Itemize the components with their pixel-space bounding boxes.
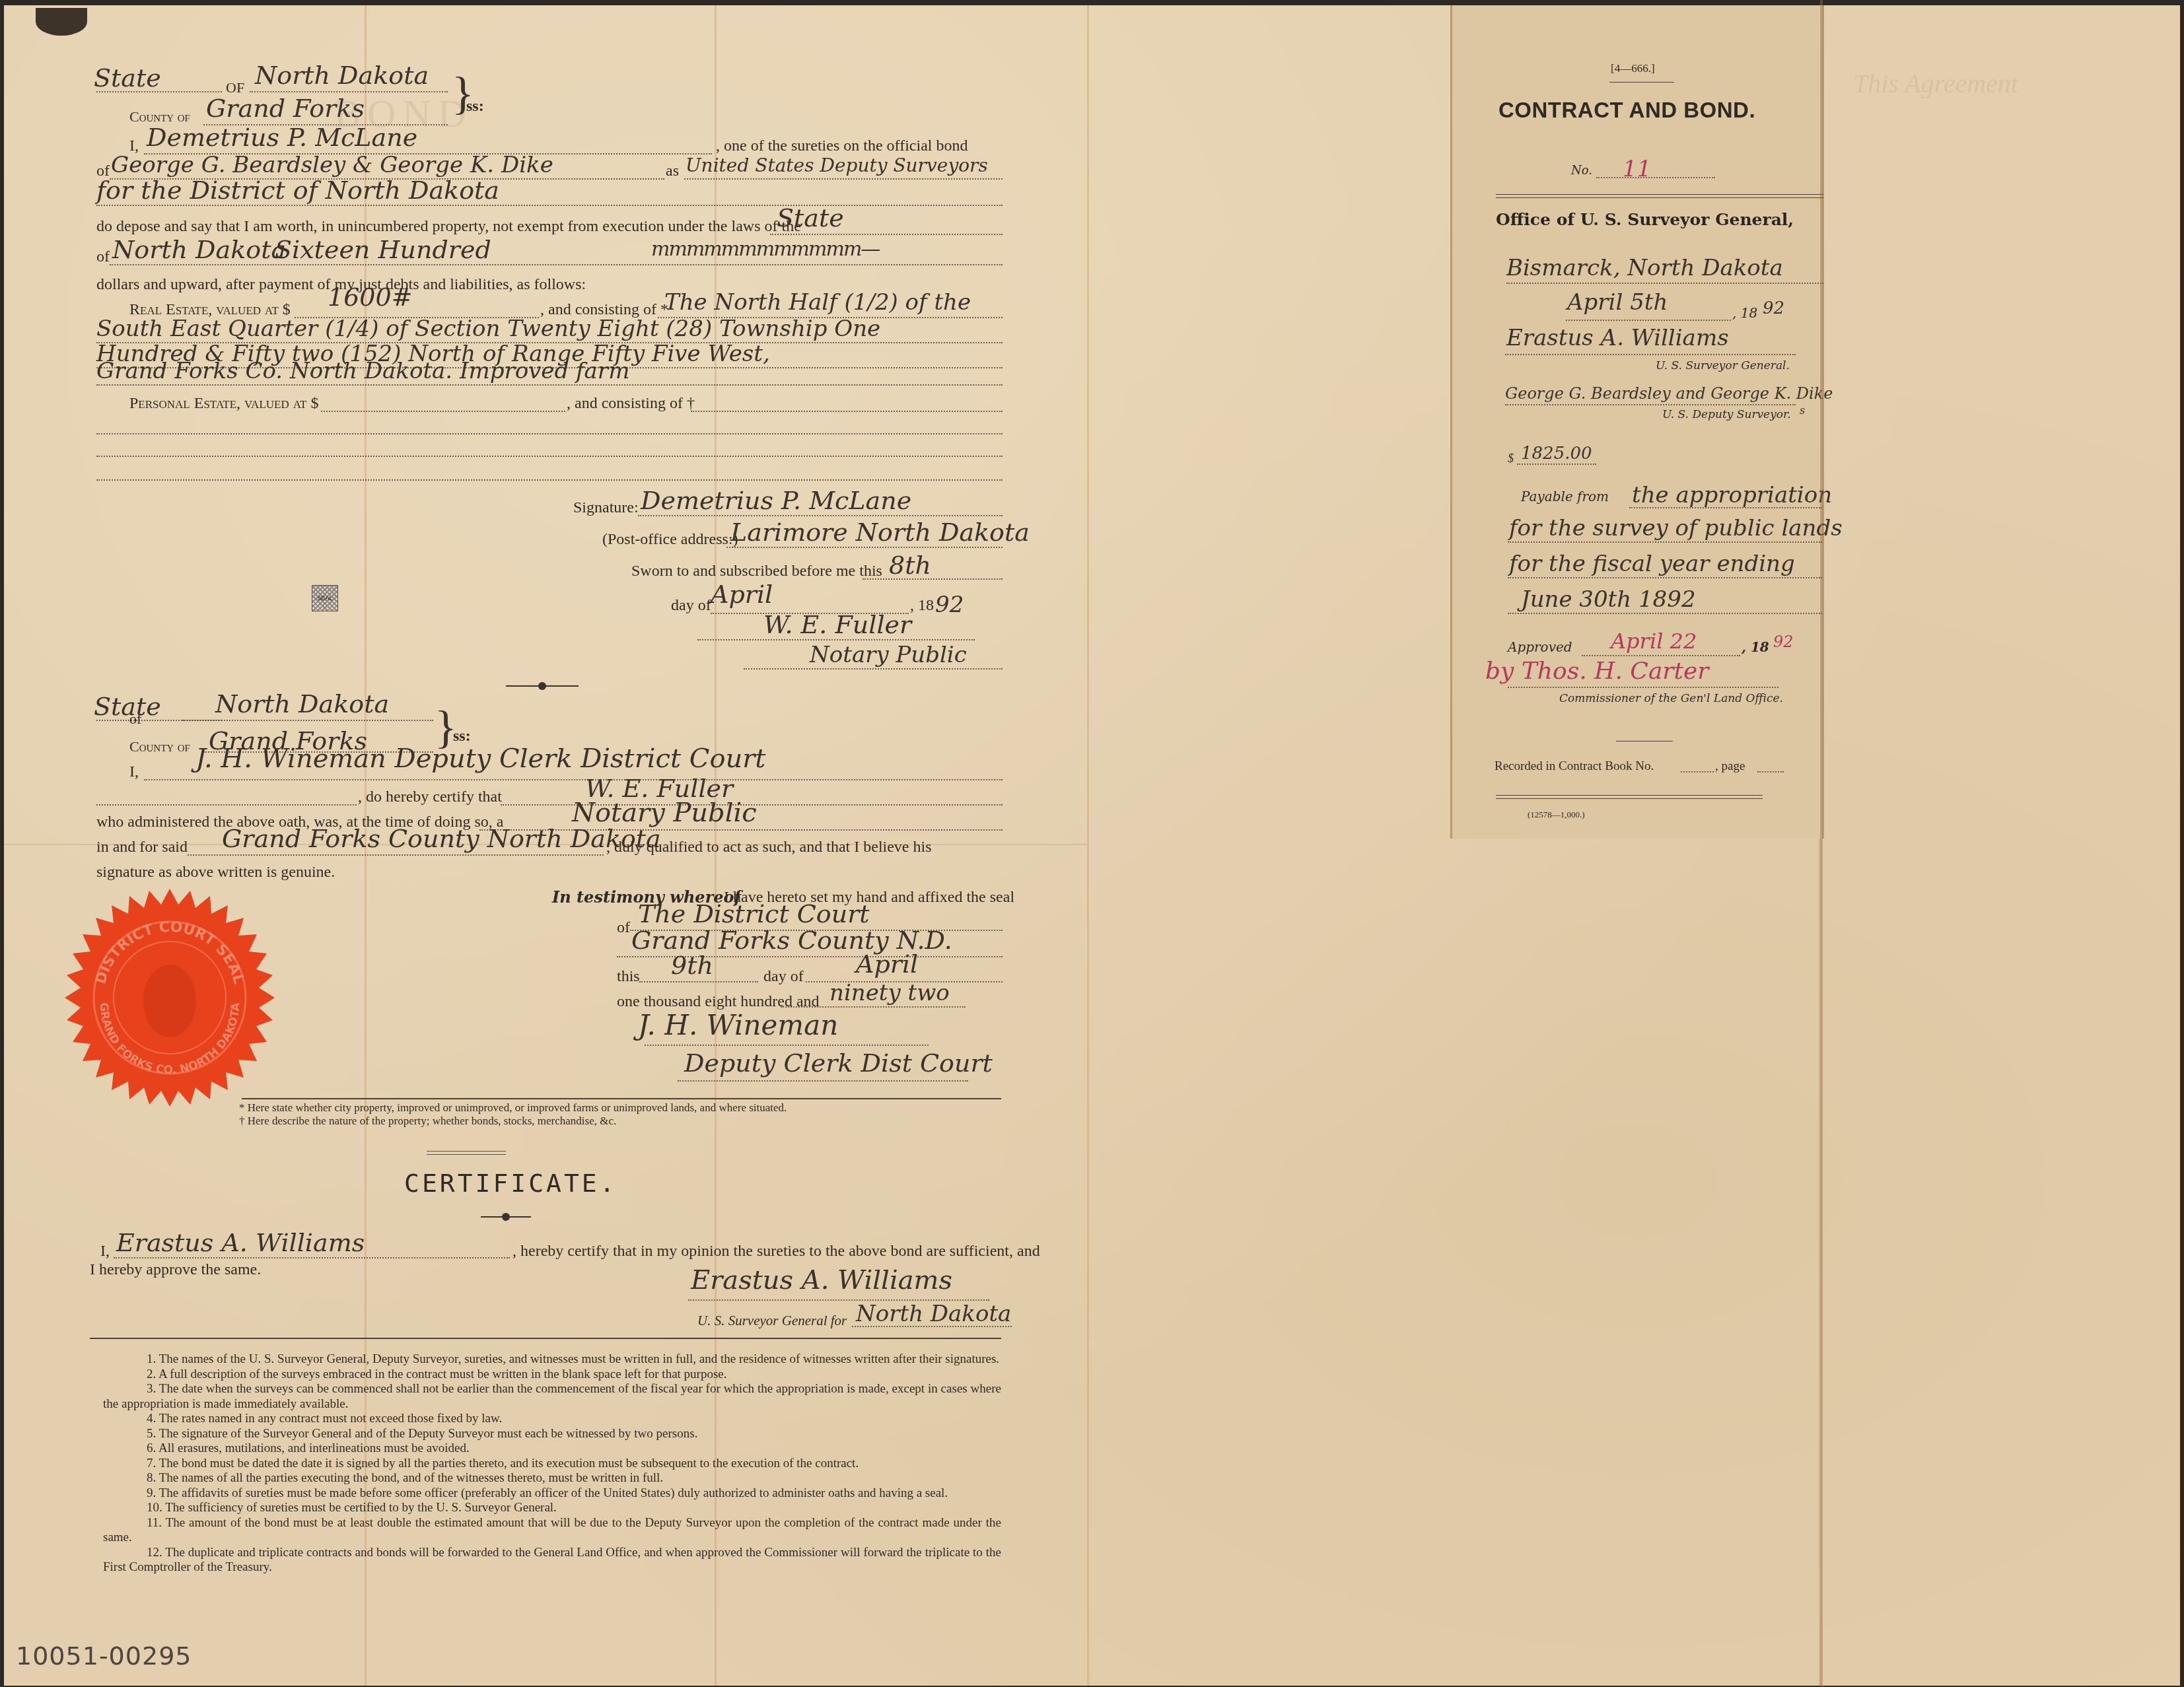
amount-prefix: $ [1508,452,1514,465]
capacity: United States Deputy Surveyors [686,155,988,176]
approved-label: Approved [1508,639,1572,655]
payable-label: Payable from [1521,489,1609,504]
cover-date: April 5th [1567,289,1668,316]
laws-state: North Dakota [112,235,286,264]
deputy-names: George G. Beardsley and George K. Dike [1505,384,1833,403]
instruction-item: 3. The date when the surveys can be comm… [103,1382,1001,1412]
double-rule [427,1151,506,1155]
of-label: of [129,710,141,728]
ss-label: ss: [453,728,471,745]
postoffice-label: (Post-office address:) [602,531,738,549]
real-estate-line-2: South East Quarter (1/4) of Section Twen… [96,316,880,342]
instruction-item: 8. The names of all the parties executin… [103,1471,1001,1486]
postoffice-address: Larimore North Dakota [730,518,1030,547]
i-label: I, [100,1243,110,1260]
amount: 1825.00 [1521,444,1592,464]
no-label: No. [1571,164,1592,178]
signature-label: Signature: [573,499,639,517]
sworn-label: Sworn to and subscribed before me this [631,563,882,580]
in-and-for: in and for said [96,839,188,856]
state-hand: State [94,63,161,92]
year-hand: 92 [935,592,964,618]
instruction-item: 4. The rates named in any contract must … [103,1412,1001,1427]
year-prefix: , 18 [1732,305,1757,321]
county-label: County of [129,738,190,755]
certifier-title: U. S. Surveyor General for [697,1313,847,1329]
surveyor-general-name: Erastus A. Williams [1506,325,1729,351]
thousand-label: one thousand eight hundred and [617,993,820,1011]
day-of-label: day of [763,968,804,986]
state-name: North Dakota [255,61,429,90]
state-hand: State [94,692,161,721]
print-code: (12578—1,000.) [1528,809,1585,820]
district: for the District of North Dakota [96,176,499,205]
instruction-item: 5. The signature of the Surveyor General… [103,1427,1001,1442]
recorded-label: Recorded in Contract Book No. [1495,759,1654,774]
day: 9th [671,951,713,980]
certificate-title: CERTIFICATE. [404,1169,617,1198]
this-label: this [617,968,640,986]
clerk-name: J. H. Wineman Deputy Clerk District Cour… [195,743,765,774]
page-label: , page [1715,759,1745,774]
real-estate-line-1: The North Half (1/2) of the [664,289,971,316]
instruction-item: 10. The sufficiency of sureties must be … [103,1501,1001,1516]
state-name: North Dakota [215,689,389,718]
clerk-signature: J. H. Wineman [638,1009,838,1041]
rule [90,1338,1001,1339]
ornamental-divider [481,1216,531,1218]
certifier-place: North Dakota [856,1301,1011,1327]
surveyor-general-label: U. S. Surveyor General. [1656,359,1790,372]
payable-line-2: for the survey of public lands [1509,515,1843,541]
affiant-signature: Demetrius P. McLane [641,486,911,515]
instruction-item: 11. The amount of the bond must be at le… [103,1516,1001,1546]
certifier-signature: Erastus A. Williams [691,1265,952,1295]
notary-title: Notary Public [810,642,967,668]
surety-text: , one of the sureties on the official bo… [716,137,968,155]
fold-line [1820,0,1823,1687]
jurisdiction: Grand Forks County North Dakota [222,824,661,853]
real-estate-value: 1600# [328,283,413,312]
certificate-text-2: I hereby approve the same. [90,1261,261,1279]
qualified-text: , duly qualified to act as such, and tha… [606,839,932,856]
of-label3: of [96,248,110,266]
instruction-item: 7. The bond must be dated the date it is… [103,1457,1001,1472]
deputy-suffix: s [1800,404,1805,417]
fill-scribble: mmmmmmmmmmmm— [651,238,879,261]
contract-number: 11 [1623,156,1651,182]
approved-date: April 22 [1611,629,1697,654]
footnote-2: † Here describe the nature of the proper… [239,1115,616,1128]
contract-cover: [4—666.] CONTRACT AND BOND. No. 11 Offic… [1450,5,1824,839]
rule [242,1098,1001,1099]
personal-estate-label: Personal Estate, valued at $ [129,395,319,413]
clerk-signature-title: Deputy Clerk Dist Court [684,1049,993,1078]
laws-of: State [777,203,844,232]
bleed-through-agreement: This Agreement [1853,68,2018,99]
fold-line [1087,5,1089,1686]
form-number: [4—666.] [1611,62,1655,75]
certifier-name: Erastus A. Williams [116,1228,365,1257]
certificate-text: , hereby certify that in my opinion the … [512,1243,1040,1260]
seal-placeholder: SEAL [312,585,338,611]
certify-text: , do hereby certify that [358,788,502,806]
cover-title: CONTRACT AND BOND. [1498,98,1755,123]
affiant-name: Demetrius P. McLane [147,123,417,152]
instruction-item: 12. The duplicate and triplicate contrac… [103,1546,1001,1575]
payable-line-4: June 30th 1892 [1521,586,1696,613]
instruction-item: 1. The names of the U. S. Surveyor Gener… [103,1352,1001,1367]
commissioner-label: Commissioner of the Gen'l Land Office. [1559,692,1783,705]
instructions-list: 1. The names of the U. S. Surveyor Gener… [103,1352,1001,1575]
approved-by: by Thos. H. Carter [1485,658,1709,685]
deputy-label: U. S. Deputy Surveyor. [1662,408,1791,421]
footnote-1: * Here state whether city property, impr… [239,1101,787,1115]
district-court-seal: DISTRICT COURT SEAL GRAND FORKS CO. NORT… [65,889,275,1113]
instruction-item: 6. All erasures, mutilations, and interl… [103,1441,1001,1457]
day-of-label: day of [671,597,711,615]
i-label: I, [129,763,139,781]
county-name: Grand Forks [206,94,365,123]
year-words: ninety two [829,980,950,1006]
instruction-item: 9. The affidavits of sureties must be ma… [103,1486,1001,1501]
place: Bismarck, North Dakota [1506,255,1783,281]
real-estate-line-4: Grand Forks Co. North Dakota. Improved f… [96,358,629,384]
year-prefix: , 18 [910,597,934,615]
approved-year-prefix: , 18 [1742,639,1769,655]
as-label: as [666,162,679,180]
payable-line-3: for the fiscal year ending [1509,551,1795,577]
year-hand: 92 [1763,298,1784,318]
worth-amount: Sixteen Hundred [275,235,491,264]
ornamental-divider [506,685,579,687]
ink-stain [36,8,87,36]
personal-consisting-label: , and consisting of † [567,395,695,413]
sworn-month: April [711,580,773,609]
ss-label: ss: [466,98,484,116]
seal-of-line-1: The District Court [638,899,870,928]
archive-id: 10051-00295 [16,1641,192,1670]
month: April [856,949,918,979]
of-label: of [617,919,630,937]
approved-year-hand: 92 [1773,633,1794,651]
payable-line-1: the appropriation [1632,482,1832,508]
depose-text: do depose and say that I am worth, in un… [96,218,801,236]
notary-name: W. E. Fuller [763,610,911,639]
genuine-text: signature as above written is genuine. [96,864,335,881]
office-title: Office of U. S. Surveyor General, [1496,210,1794,229]
instruction-item: 2. A full description of the surveys emb… [103,1367,1001,1383]
principals: George G. Beardsley & George K. Dike [111,152,553,178]
sworn-day: 8th [889,551,931,580]
document-sheet: BOND This Agreement State OF North Dakot… [4,5,2180,1686]
